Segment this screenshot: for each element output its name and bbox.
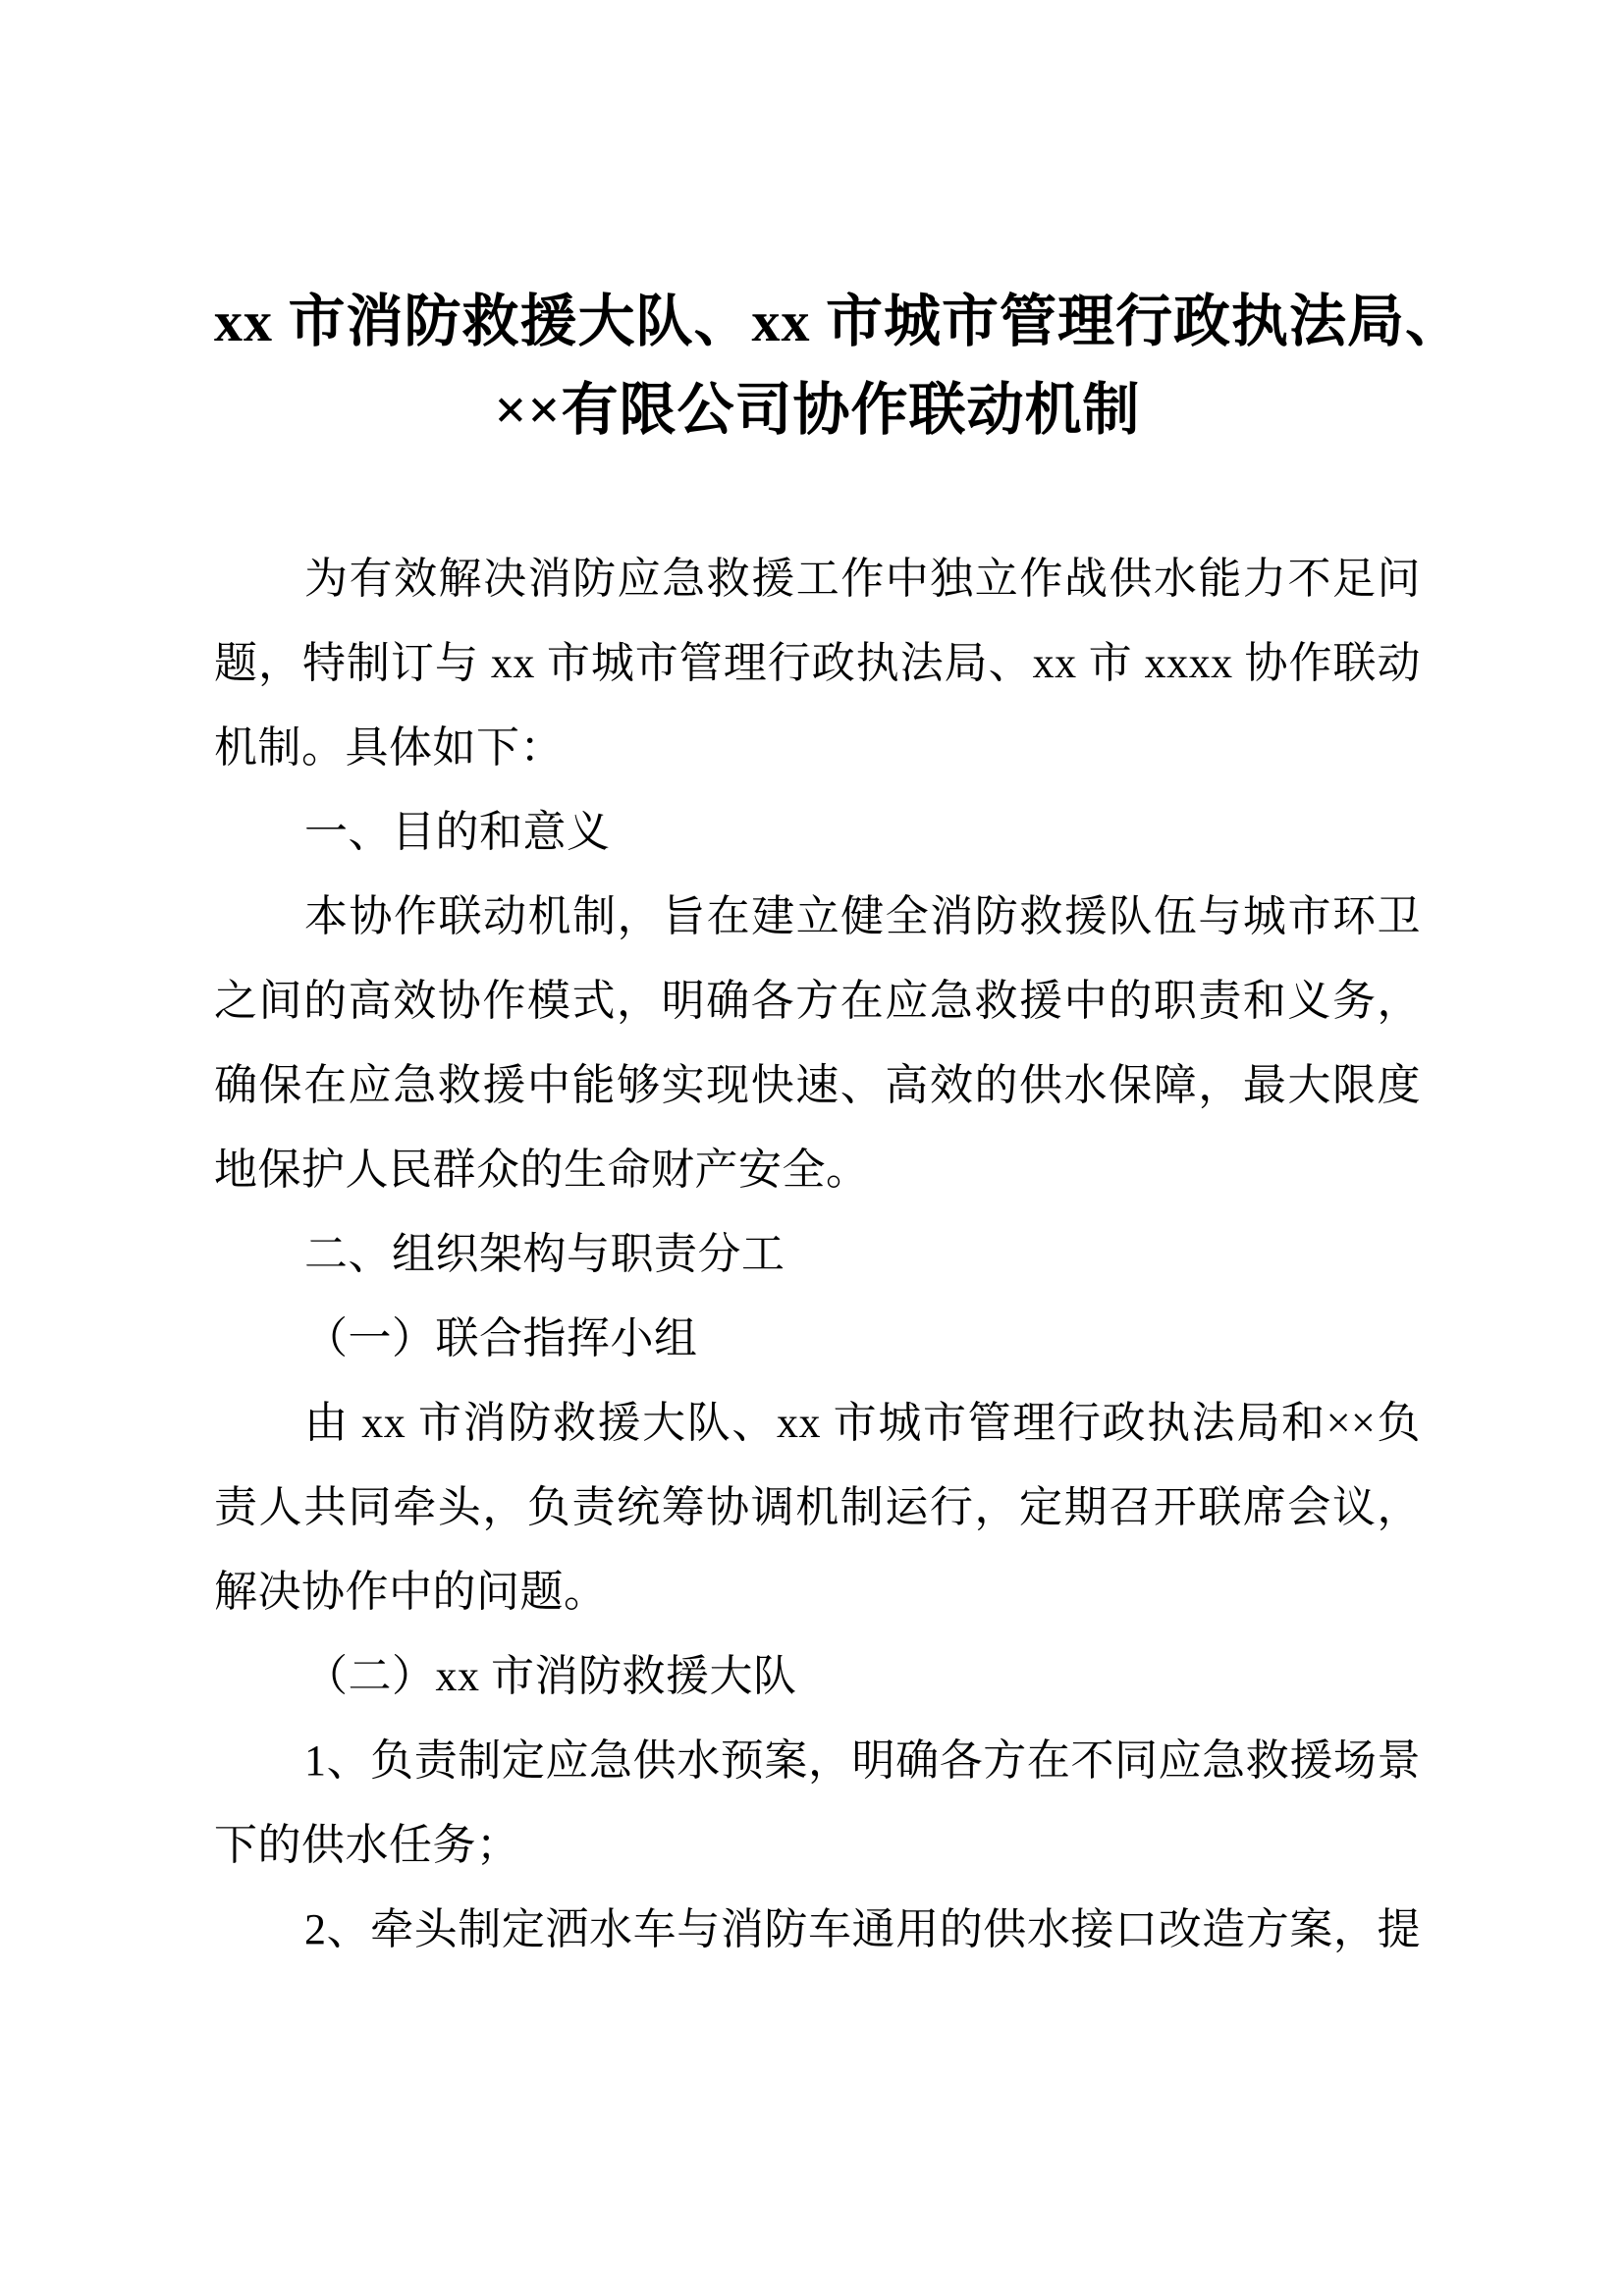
document-page: xx 市消防救援大队、xx 市城市管理行政执法局、 ××有限公司协作联动机制 为… xyxy=(0,0,1624,2296)
para-joint-command-group: 由 xx 市消防救援大队、xx 市城市管理行政执法局和××负责人共同牵头，负责统… xyxy=(214,1381,1421,1634)
doc-title-line-2: ××有限公司协作联动机制 xyxy=(214,366,1421,454)
para-purpose: 本协作联动机制，旨在建立健全消防救援队伍与城市环卫之间的高效协作模式，明确各方在… xyxy=(214,875,1421,1212)
doc-title-line-1: xx 市消防救援大队、xx 市城市管理行政执法局、 xyxy=(214,278,1421,366)
heading-section-1: 一、目的和意义 xyxy=(214,790,1421,875)
para-duty-1: 1、负责制定应急供水预案，明确各方在不同应急救援场景下的供水任务； xyxy=(214,1719,1421,1888)
para-intro: 为有效解决消防应急救援工作中独立作战供水能力不足问题，特制订与 xx 市城市管理… xyxy=(214,537,1421,790)
document-content: xx 市消防救援大队、xx 市城市管理行政执法局、 ××有限公司协作联动机制 为… xyxy=(0,278,1624,1972)
heading-subsection-2-1: （一）联合指挥小组 xyxy=(214,1297,1421,1381)
heading-subsection-2-2: （二）xx 市消防救援大队 xyxy=(214,1634,1421,1719)
heading-section-2: 二、组织架构与职责分工 xyxy=(214,1212,1421,1297)
para-duty-2-truncated: 2、牵头制定洒水车与消防车通用的供水接口改造方案，提 xyxy=(214,1888,1421,1972)
doc-title: xx 市消防救援大队、xx 市城市管理行政执法局、 ××有限公司协作联动机制 xyxy=(214,278,1421,454)
